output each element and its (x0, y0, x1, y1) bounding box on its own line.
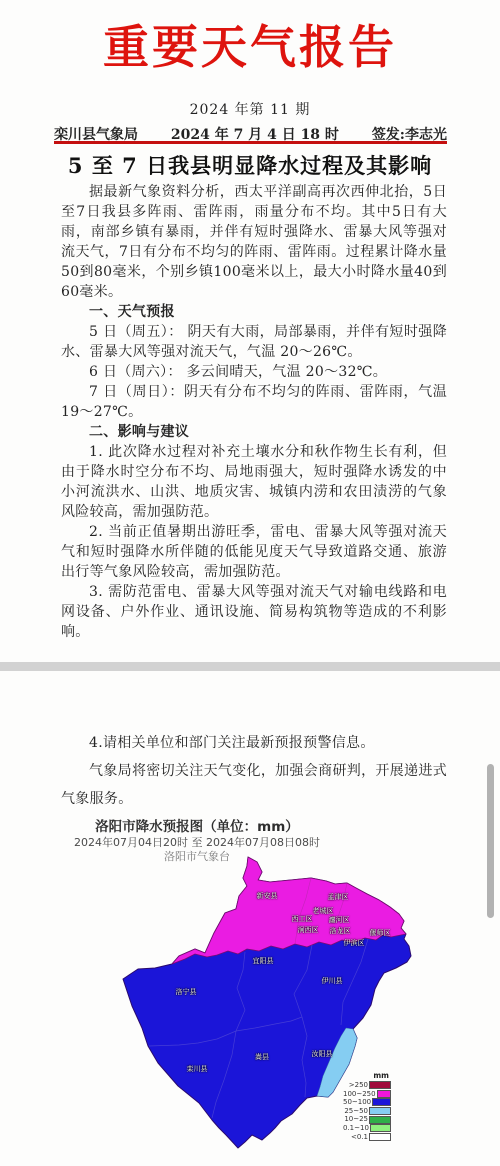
legend-label: 50~100 (343, 1098, 371, 1107)
suggestion-1: 1. 此次降水过程对补充土壤水分和秋作物生长有利，但由于降水时空分布不均、局地雨… (61, 442, 447, 522)
legend-label: <0.1 (351, 1133, 368, 1142)
section1-title: 一、天气预报 (61, 302, 447, 322)
district-label: 洛龙区 (330, 926, 351, 936)
district-label: 汝阳县 (312, 1049, 333, 1059)
legend-label: 100~250 (343, 1090, 376, 1099)
legend-swatch (372, 1098, 391, 1106)
legend-swatch (369, 1107, 391, 1115)
district-label: 栾川县 (187, 1064, 208, 1074)
district-label: 嵩县 (255, 1052, 269, 1062)
intro-paragraph: 据最新气象资料分析，西太平洋副高再次西伸北抬，5日至7日我县多阵雨、雷阵雨，雨量… (61, 182, 447, 302)
legend-row: 0.1~10 (343, 1124, 391, 1133)
suggestion-4: 4.请相关单位和部门关注最新预报预警信息。 (61, 729, 447, 757)
legend-row: 100~250 (343, 1090, 391, 1099)
page-separator (0, 662, 500, 671)
district-label: 西工区 (292, 914, 313, 924)
report-body-page2: 4.请相关单位和部门关注最新预报预警信息。 气象局将密切关注天气变化，加强会商研… (61, 729, 447, 813)
district-label: 洛宁县 (176, 987, 197, 997)
report-body: 据最新气象资料分析，西太平洋副高再次西伸北抬，5日至7日我县多阵雨、雷阵雨，雨量… (61, 182, 447, 642)
legend-label: >250 (349, 1081, 368, 1090)
page-title: 重要天气报告 (0, 22, 500, 73)
legend-row: >250 (343, 1081, 391, 1090)
district-label: 伊滨区 (344, 938, 365, 948)
district-label: 瀍河区 (329, 915, 350, 925)
legend-swatch (369, 1081, 391, 1089)
precipitation-forecast-map: 新安县 孟津区 老城区 西工区 瀍河区 涧西区 洛龙区 偃师区 伊滨区 宜阳县 … (95, 840, 425, 1166)
forecast-friday: 5 日（周五）： 阴天有大雨，局部暴雨，并伴有短时强降水、雷暴大风等强对流天气，… (61, 322, 447, 362)
section2-title: 二、影响与建议 (61, 422, 447, 442)
forecast-sunday: 7 日（周日）：阴天有分布不均匀的阵雨、雷阵雨，气温 19～27℃。 (61, 382, 447, 422)
issue-number: 2024 年第 11 期 (0, 99, 500, 119)
district-label: 涧西区 (298, 925, 319, 935)
suggestion-3: 3. 需防范雷电、雷暴大风等强对流天气对输电线路和电网设备、户外作业、通讯设施、… (61, 582, 447, 642)
closing-paragraph: 气象局将密切关注天气变化，加强会商研判，开展递进式气象服务。 (61, 757, 447, 813)
legend-row: 25~50 (343, 1107, 391, 1116)
legend-label: 10~25 (344, 1115, 368, 1124)
header-divider (54, 141, 447, 144)
weather-report-page: 重要天气报告 2024 年第 11 期 栾川县气象局 2024 年 7 月 4 … (0, 0, 500, 1166)
legend-label: 0.1~10 (343, 1124, 369, 1133)
district-label: 伊川县 (322, 976, 343, 986)
district-label: 新安县 (257, 891, 278, 901)
legend-swatch (370, 1124, 391, 1132)
legend-swatch (369, 1133, 391, 1141)
legend-row: 50~100 (343, 1098, 391, 1107)
legend-label: 25~50 (344, 1107, 368, 1116)
map-title: 洛阳市降水预报图（单位：mm） (0, 815, 394, 835)
report-headline: 5 至 7 日我县明显降水过程及其影响 (0, 150, 500, 180)
district-label: 偃师区 (370, 928, 391, 938)
legend-row: <0.1 (343, 1133, 391, 1142)
legend-unit-label: mm (343, 1071, 391, 1080)
forecast-saturday: 6 日（周六）： 多云间晴天，气温 20～32℃。 (61, 362, 447, 382)
suggestion-2: 2. 当前正值暑期出游旺季，雷电、雷暴大风等强对流天气和短时强降水所伴随的低能见… (61, 522, 447, 582)
scrollbar-thumb[interactable] (487, 764, 494, 918)
legend-swatch (369, 1116, 391, 1124)
map-legend: mm >250 100~250 50~100 25~50 10~25 (343, 1071, 391, 1141)
legend-swatch (377, 1090, 391, 1098)
legend-row: 10~25 (343, 1115, 391, 1124)
district-label: 宜阳县 (253, 956, 274, 966)
district-label: 孟津区 (328, 892, 349, 902)
